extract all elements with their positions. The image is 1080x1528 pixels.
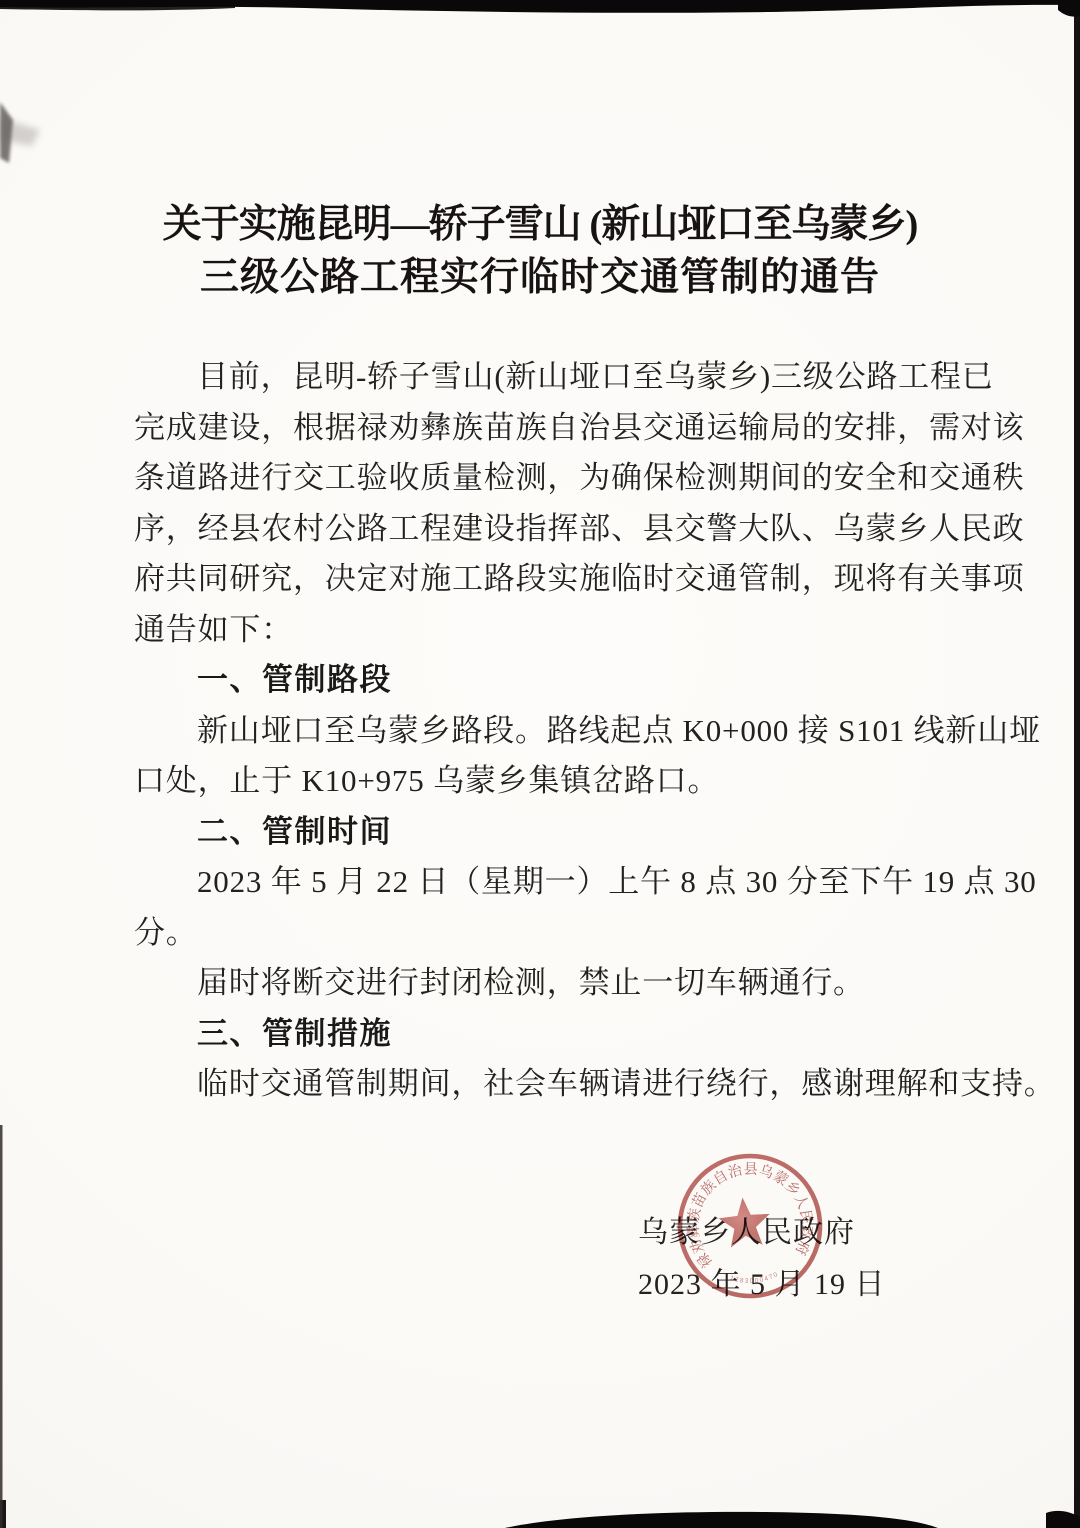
scan-bottom-band [505,1512,938,1528]
body-line: 完成建设，根据禄劝彝族苗族自治县交通运输局的安排，需对该 [134,403,974,454]
body-line: 新山垭口至乌蒙乡路段。路线起点 K0+000 接 S101 线新山垭 [134,706,974,757]
notice-body: 目前，昆明-轿子雪山(新山垭口至乌蒙乡)三级公路工程已完成建设，根据禄劝彝族苗族… [134,352,974,1110]
seal-code: 1283000470 [728,1270,780,1287]
scan-left-shadow-streak [0,118,40,146]
section-heading: 一、管制路段 [134,655,974,706]
section-heading: 二、管制时间 [134,807,974,858]
body-line: 目前，昆明-轿子雪山(新山垭口至乌蒙乡)三级公路工程已 [134,352,974,403]
scan-bottom-right-blob [1046,1511,1080,1528]
body-line: 口处，止于 K10+975 乌蒙乡集镇岔路口。 [134,756,974,807]
body-line: 府共同研究，决定对施工路段实施临时交通管制，现将有关事项 [134,554,974,605]
scan-left-edge [0,1125,3,1528]
notice-title-line-1: 关于实施昆明—轿子雪山 (新山垭口至乌蒙乡) [0,193,1080,249]
body-line: 通告如下： [134,605,974,656]
scan-top-left-edge [0,0,235,10]
notice-title-line-2: 三级公路工程实行临时交通管制的通告 [0,246,1080,302]
section-heading: 三、管制措施 [134,1009,974,1060]
scan-bottom-left-notch [0,1500,6,1528]
scan-top-edge [0,0,1080,13]
body-line: 分。 [134,908,974,959]
body-line: 序，经县农村公路工程建设指挥部、县交警大队、乌蒙乡人民政 [134,504,974,555]
body-line: 届时将断交进行封闭检测，禁止一切车辆通行。 [134,958,974,1009]
official-seal: 禄劝彝族苗族自治县乌蒙乡人民政府 1283000470 [663,1139,836,1312]
scan-top-right-blob [1058,0,1080,17]
scan-left-shadow [0,102,13,163]
scanned-notice-page: 关于实施昆明—轿子雪山 (新山垭口至乌蒙乡) 三级公路工程实行临时交通管制的通告… [0,0,1080,1528]
body-line: 条道路进行交工验收质量检测，为确保检测期间的安全和交通秩 [134,453,974,504]
seal-star-icon [717,1195,772,1248]
body-line: 临时交通管制期间，社会车辆请进行绕行，感谢理解和支持。 [134,1059,974,1110]
body-line: 2023 年 5 月 22 日（星期一）上午 8 点 30 分至下午 19 点 … [134,857,974,908]
